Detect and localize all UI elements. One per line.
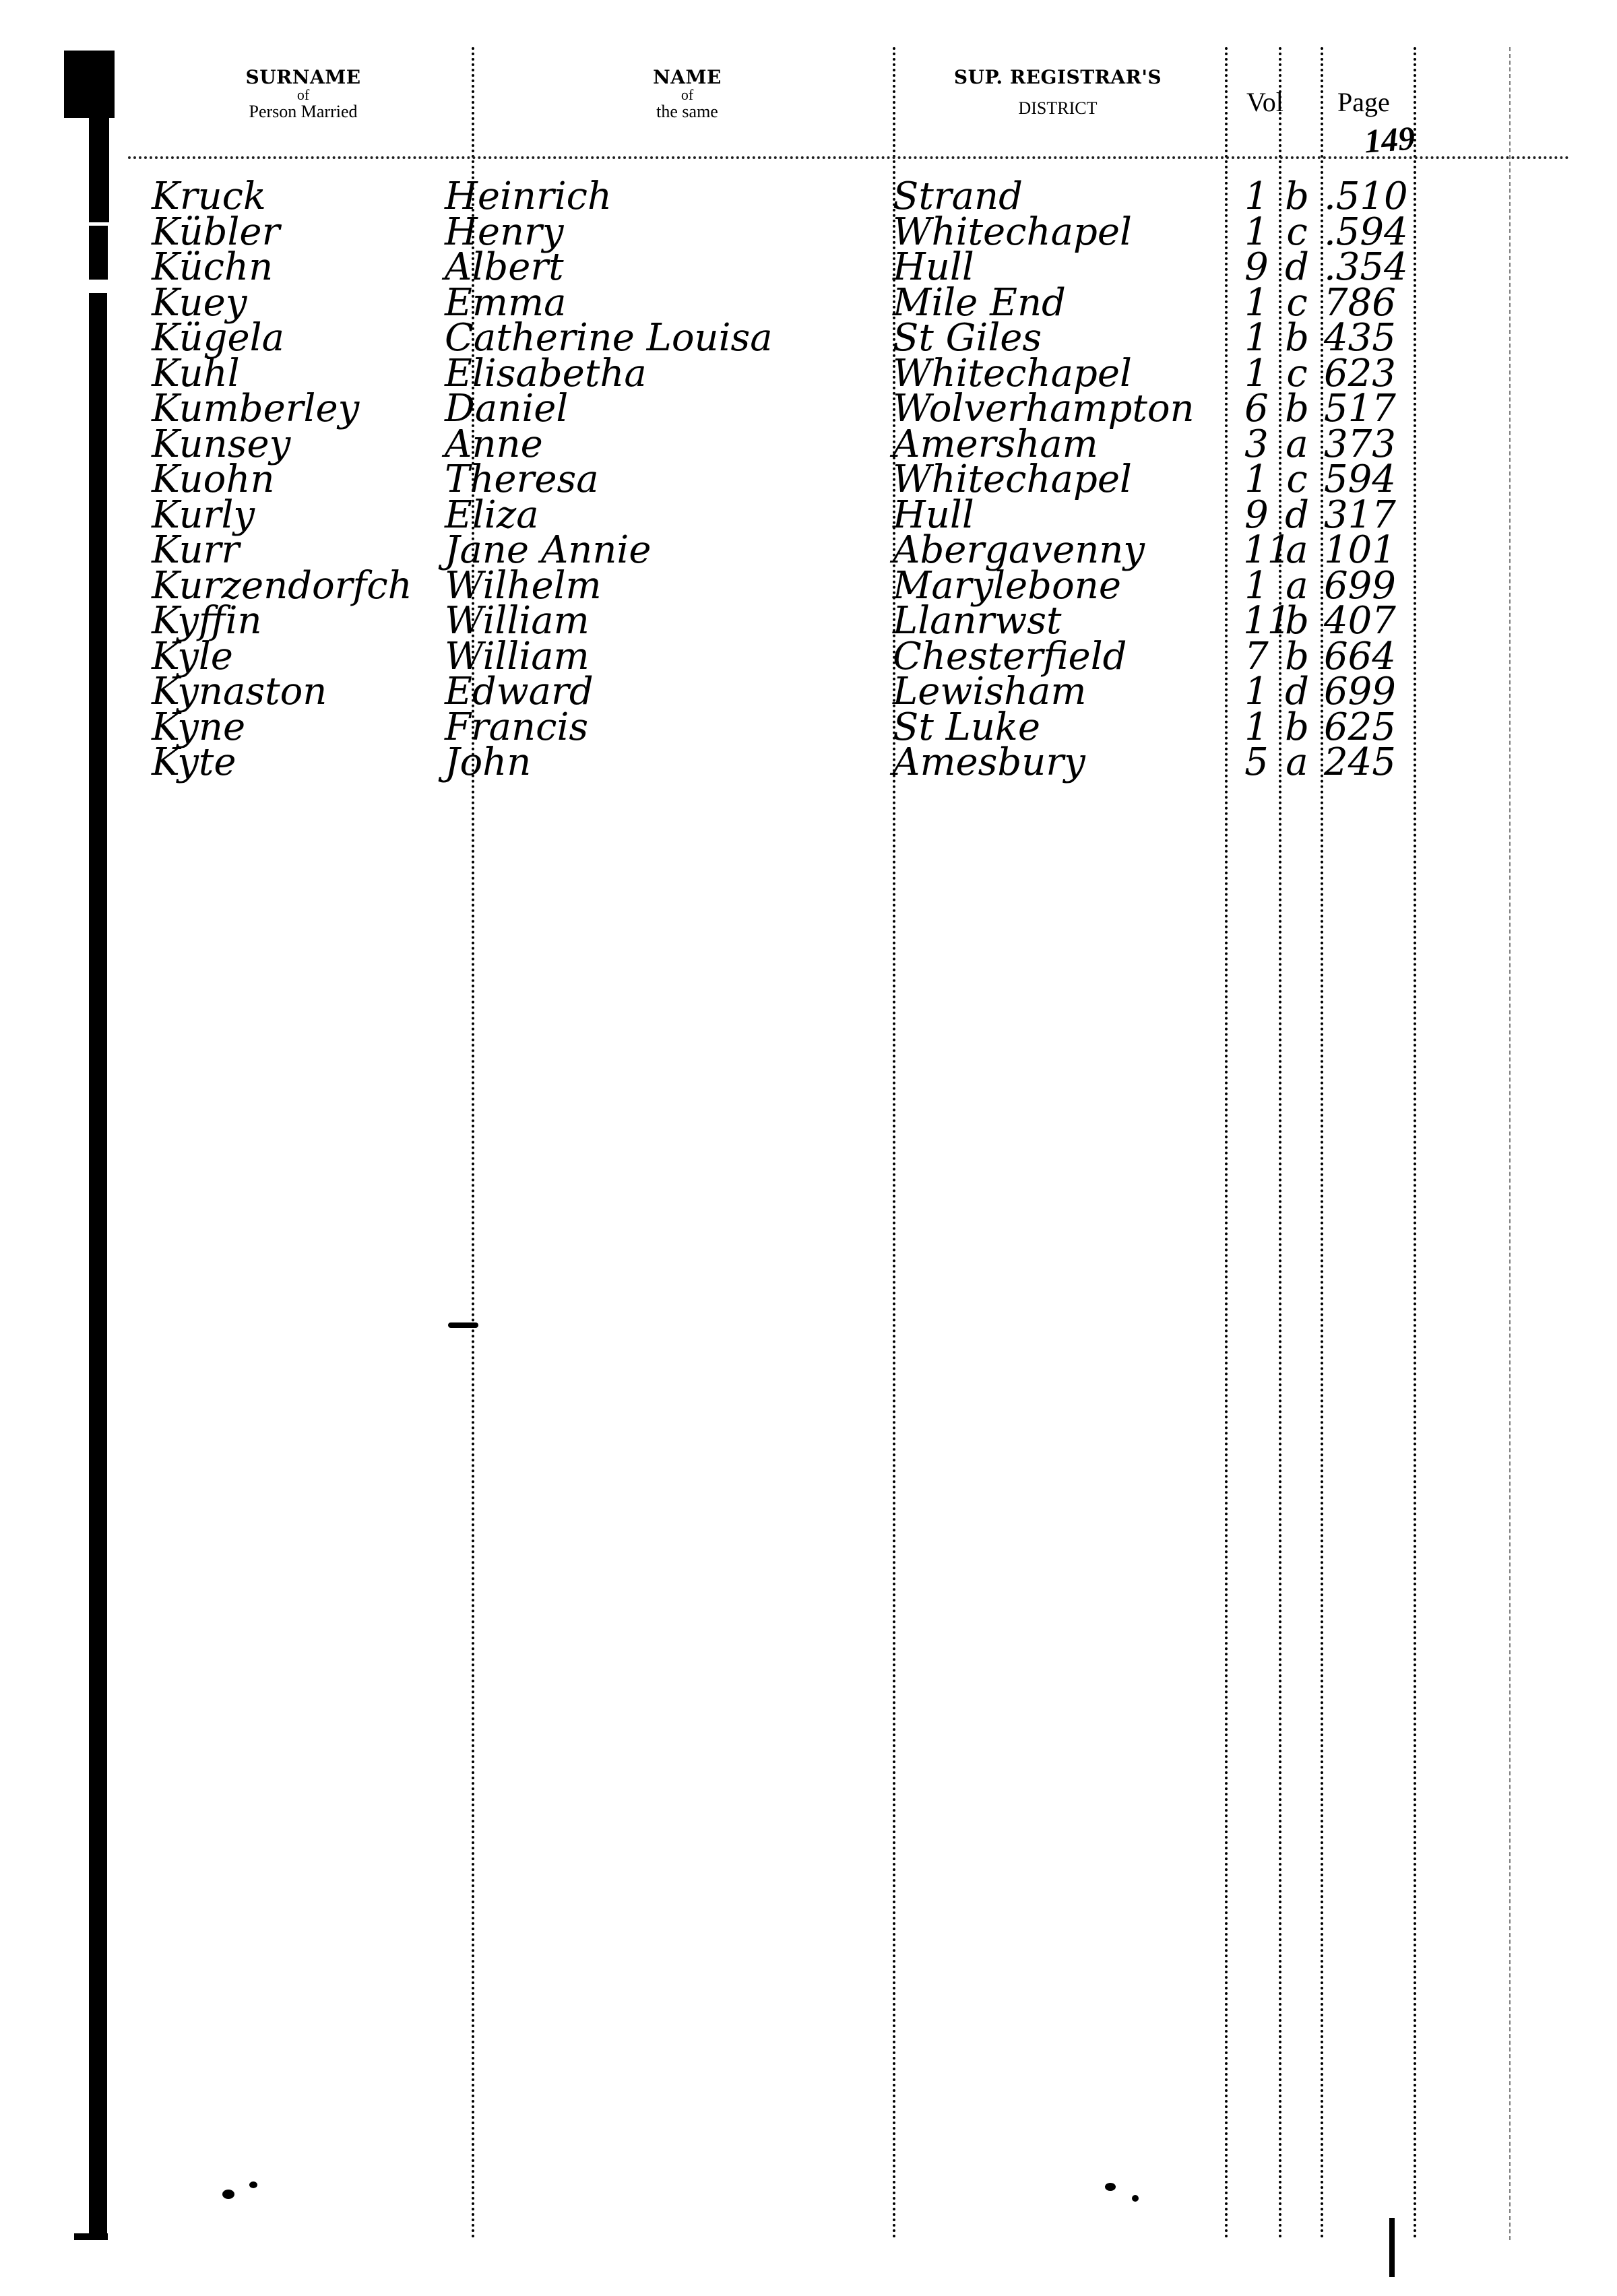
header-district-title: SUP. REGISTRAR'S (930, 67, 1186, 87)
folio-number: 149 (1363, 118, 1416, 160)
header-vol: Vol (1246, 86, 1283, 118)
header-name-title: NAME (620, 67, 755, 87)
header-district-sub: DISTRICT (930, 99, 1186, 117)
header-page: Page (1337, 86, 1390, 118)
page-cell: 245 (1324, 740, 1398, 786)
header-name-sub: the same (620, 102, 755, 121)
surname-cell: Kyte (152, 740, 236, 786)
header-name: NAME of the same (620, 67, 755, 121)
header-surname-of: of (216, 87, 391, 102)
header-surname-title: SURNAME (216, 67, 391, 87)
district-cell: Amesbury (893, 740, 1085, 786)
scan-noise (448, 1322, 478, 1328)
volume-cell: 5 (1243, 740, 1270, 786)
header-surname: SURNAME of Person Married (216, 67, 391, 121)
register-row: KyteJohnAmesbury5a245 (0, 740, 1617, 786)
header-surname-sub: Person Married (216, 102, 391, 121)
binding-edge-foot (74, 2233, 108, 2240)
scan-noise (1132, 2195, 1139, 2202)
header-name-of: of (620, 87, 755, 102)
scan-noise (249, 2181, 257, 2188)
scan-noise (222, 2190, 234, 2199)
given-name-cell: John (445, 740, 531, 786)
page-mark-bottom (1389, 2218, 1395, 2277)
section-cell: a (1283, 740, 1310, 786)
header-district: SUP. REGISTRAR'S DISTRICT (930, 67, 1186, 118)
scan-noise (1105, 2183, 1116, 2191)
header-rule (128, 156, 1570, 159)
